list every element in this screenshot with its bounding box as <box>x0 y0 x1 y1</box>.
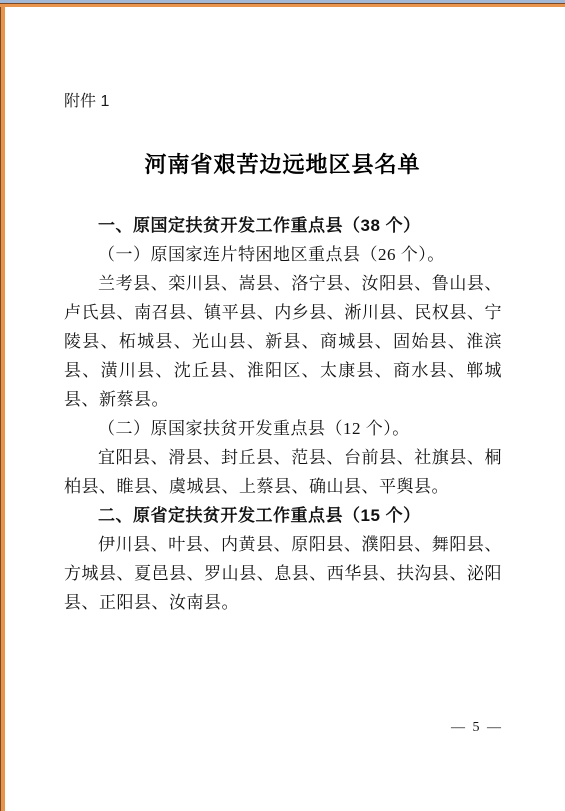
page-title: 河南省艰苦边远地区县名单 <box>0 149 565 181</box>
document-body: 一、原国定扶贫开发工作重点县（38 个） （一）原国家连片特困地区重点县（26 … <box>64 211 502 617</box>
page-number: — 5 — <box>451 720 503 736</box>
page-edge-top-orange <box>0 4 565 7</box>
county-list-1-2: 宜阳县、滑县、封丘县、范县、台前县、社旗县、桐柏县、睢县、虞城县、上蔡县、确山县… <box>64 443 502 501</box>
document-page: 附件 1 河南省艰苦边远地区县名单 一、原国定扶贫开发工作重点县（38 个） （… <box>0 0 565 811</box>
page-edge-left <box>0 0 5 811</box>
subsection-heading-1-1: （一）原国家连片特困地区重点县（26 个）。 <box>64 240 502 269</box>
county-list-2: 伊川县、叶县、内黄县、原阳县、濮阳县、舞阳县、方城县、夏邑县、罗山县、息县、西华… <box>64 530 502 617</box>
attachment-label: 附件 1 <box>64 92 109 112</box>
subsection-heading-1-2: （二）原国家扶贫开发重点县（12 个）。 <box>64 414 502 443</box>
section-heading-1: 一、原国定扶贫开发工作重点县（38 个） <box>64 211 502 240</box>
county-list-1-1: 兰考县、栾川县、嵩县、洛宁县、汝阳县、鲁山县、卢氏县、南召县、镇平县、内乡县、淅… <box>64 269 502 414</box>
section-heading-2: 二、原省定扶贫开发工作重点县（15 个） <box>64 501 502 530</box>
